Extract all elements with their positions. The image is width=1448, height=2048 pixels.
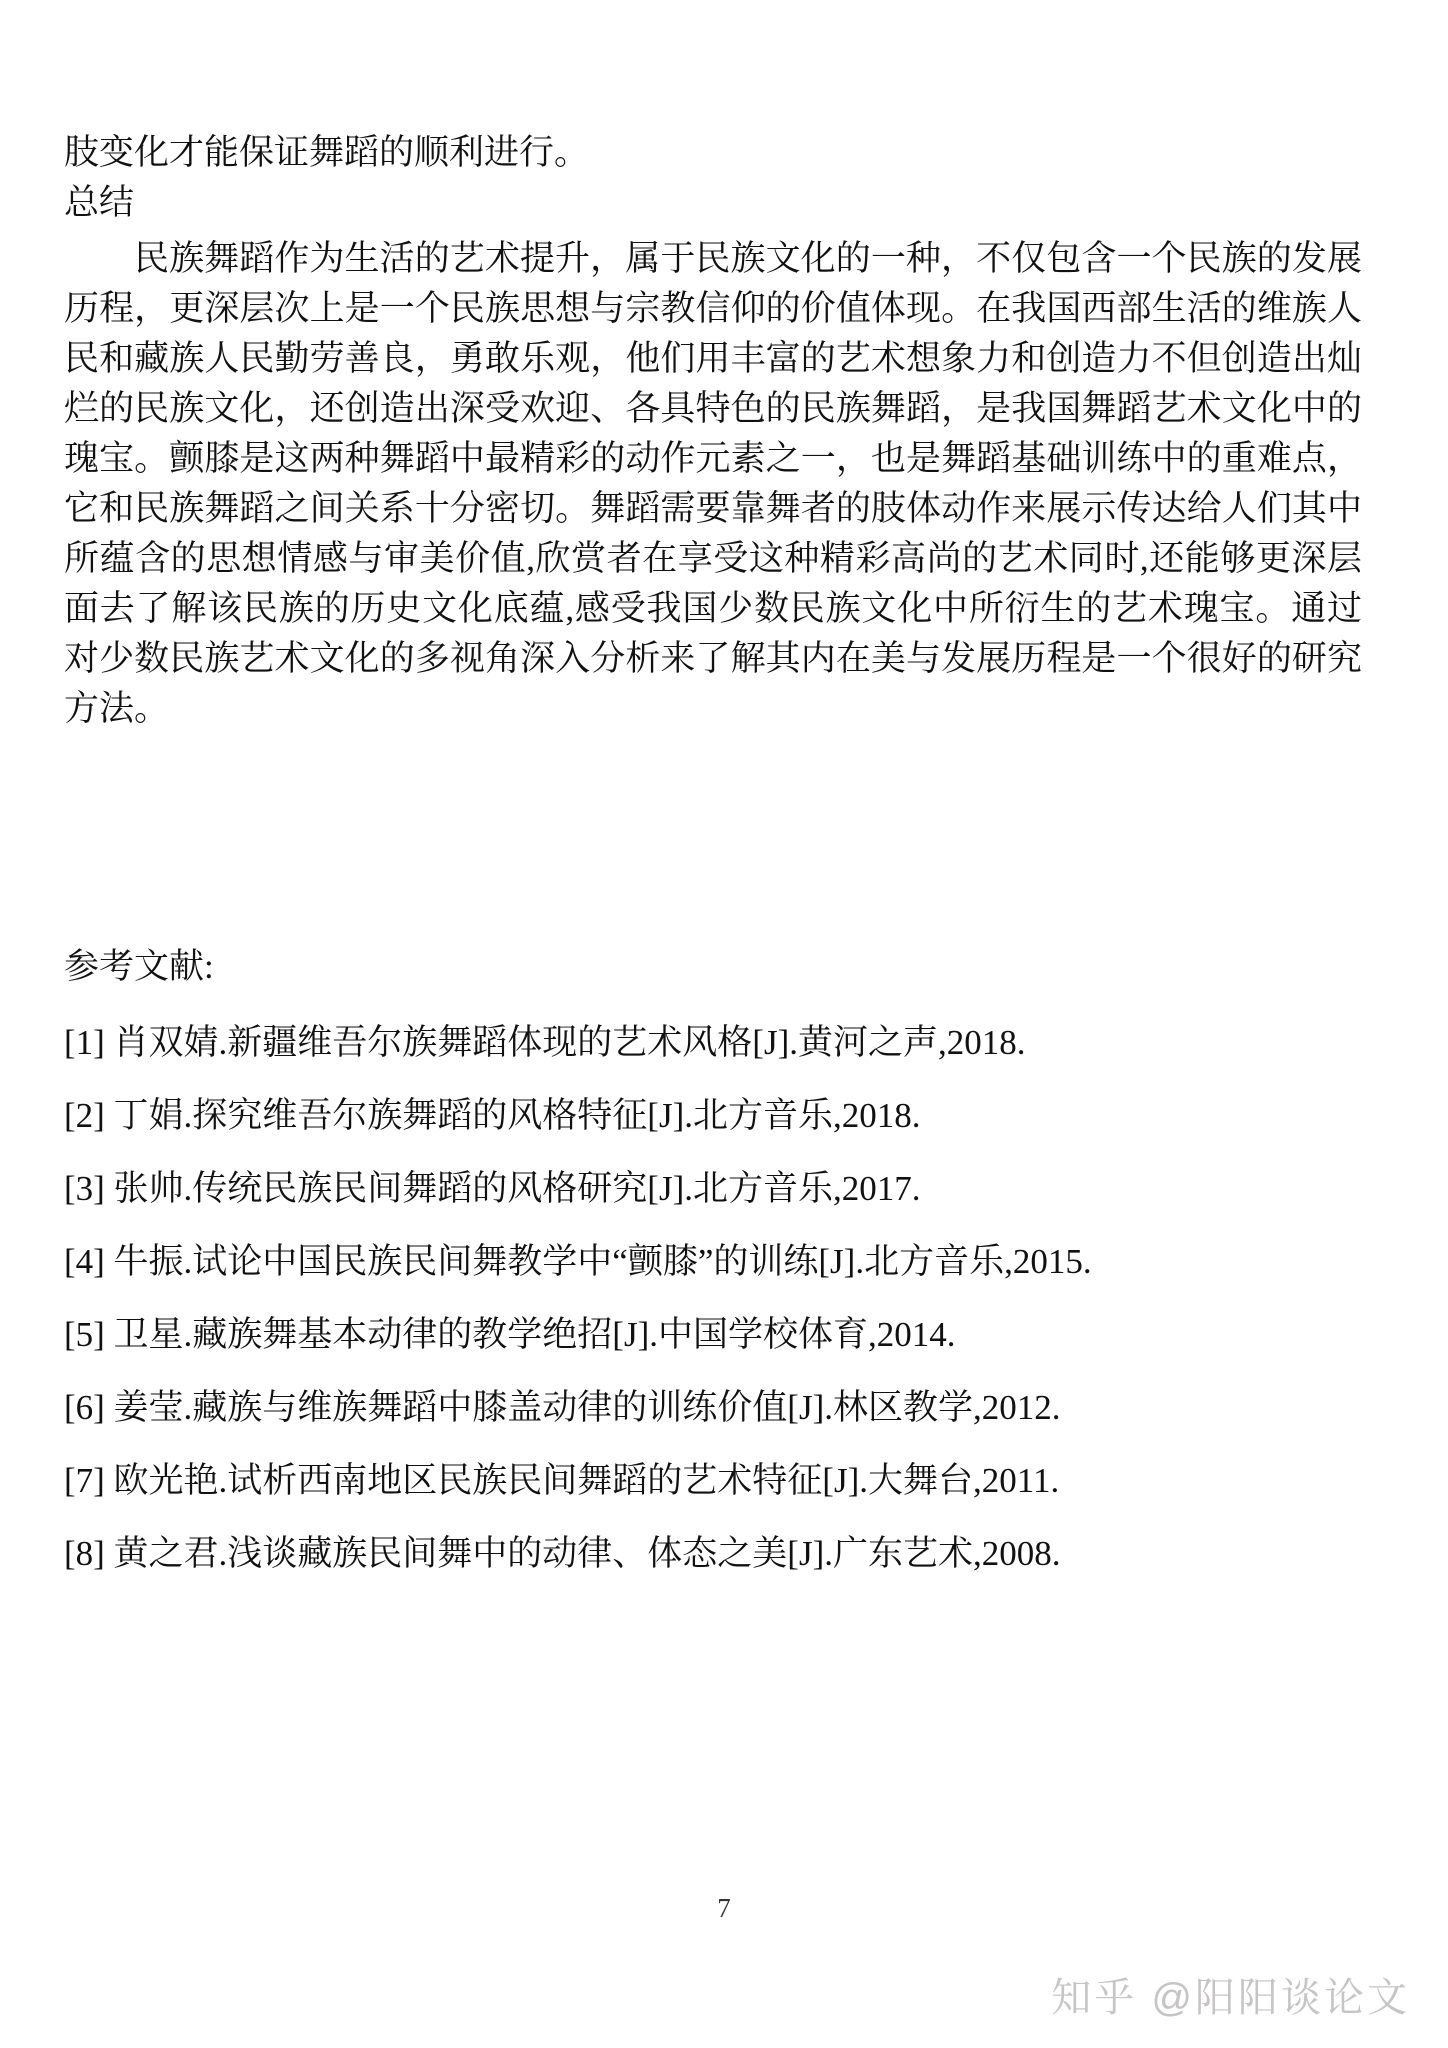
page-content: 肢变化才能保证舞蹈的顺利进行。 总结 民族舞蹈作为生活的艺术提升，属于民族文化的… bbox=[64, 128, 1362, 1590]
document-page: 肢变化才能保证舞蹈的顺利进行。 总结 民族舞蹈作为生活的艺术提升，属于民族文化的… bbox=[0, 0, 1448, 2048]
paragraph-line: 它和民族舞蹈之间关系十分密切。舞蹈需要靠舞者的肢体动作来展示传达给人们其中 bbox=[64, 484, 1362, 534]
reference-item: [1] 肖双婧.新疆维吾尔族舞蹈体现的艺术风格[J].黄河之声,2018. bbox=[64, 1006, 1362, 1079]
reference-item: [2] 丁娟.探究维吾尔族舞蹈的风格特征[J].北方音乐,2018. bbox=[64, 1079, 1362, 1152]
references-heading: 参考文献: bbox=[64, 942, 1362, 992]
paragraph-continuation: 肢变化才能保证舞蹈的顺利进行。 bbox=[64, 128, 1362, 178]
paragraph-line: 瑰宝。颤膝是这两种舞蹈中最精彩的动作元素之一，也是舞蹈基础训练中的重难点， bbox=[64, 434, 1362, 484]
page-number: 7 bbox=[0, 1893, 1448, 1924]
summary-heading: 总结 bbox=[64, 178, 1362, 228]
reference-item: [6] 姜莹.藏族与维族舞蹈中膝盖动律的训练价值[J].林区教学,2012. bbox=[64, 1371, 1362, 1444]
paragraph-line: 对少数民族艺术文化的多视角深入分析来了解其内在美与发展历程是一个很好的研究 bbox=[64, 634, 1362, 684]
reference-item: [8] 黄之君.浅谈藏族民间舞中的动律、体态之美[J].广东艺术,2008. bbox=[64, 1517, 1362, 1590]
reference-list: [1] 肖双婧.新疆维吾尔族舞蹈体现的艺术风格[J].黄河之声,2018. [2… bbox=[64, 1006, 1362, 1590]
reference-item: [7] 欧光艳.试析西南地区民族民间舞蹈的艺术特征[J].大舞台,2011. bbox=[64, 1444, 1362, 1517]
paragraph-line: 民族舞蹈作为生活的艺术提升，属于民族文化的一种，不仅包含一个民族的发展 bbox=[64, 234, 1362, 284]
paragraph-line: 历程，更深层次上是一个民族思想与宗教信仰的价值体现。在我国西部生活的维族人 bbox=[64, 284, 1362, 334]
references-section: 参考文献: [1] 肖双婧.新疆维吾尔族舞蹈体现的艺术风格[J].黄河之声,20… bbox=[64, 942, 1362, 1590]
reference-item: [3] 张帅.传统民族民间舞蹈的风格研究[J].北方音乐,2017. bbox=[64, 1152, 1362, 1225]
paragraph-line: 面去了解该民族的历史文化底蕴,感受我国少数民族文化中所衍生的艺术瑰宝。通过 bbox=[64, 584, 1362, 634]
paragraph-line: 烂的民族文化，还创造出深受欢迎、各具特色的民族舞蹈，是我国舞蹈艺术文化中的 bbox=[64, 384, 1362, 434]
reference-item: [5] 卫星.藏族舞基本动律的教学绝招[J].中国学校体育,2014. bbox=[64, 1298, 1362, 1371]
reference-item: [4] 牛振.试论中国民族民间舞教学中“颤膝”的训练[J].北方音乐,2015. bbox=[64, 1225, 1362, 1298]
summary-paragraph: 民族舞蹈作为生活的艺术提升，属于民族文化的一种，不仅包含一个民族的发展 历程，更… bbox=[64, 234, 1362, 734]
paragraph-line: 民和藏族人民勤劳善良，勇敢乐观，他们用丰富的艺术想象力和创造力不但创造出灿 bbox=[64, 334, 1362, 384]
paragraph-line: 方法。 bbox=[64, 684, 1362, 734]
paragraph-line: 所蕴含的思想情感与审美价值,欣赏者在享受这种精彩高尚的艺术同时,还能够更深层 bbox=[64, 534, 1362, 584]
watermark: 知乎 @阳阳谈论文 bbox=[1051, 1966, 1410, 2023]
